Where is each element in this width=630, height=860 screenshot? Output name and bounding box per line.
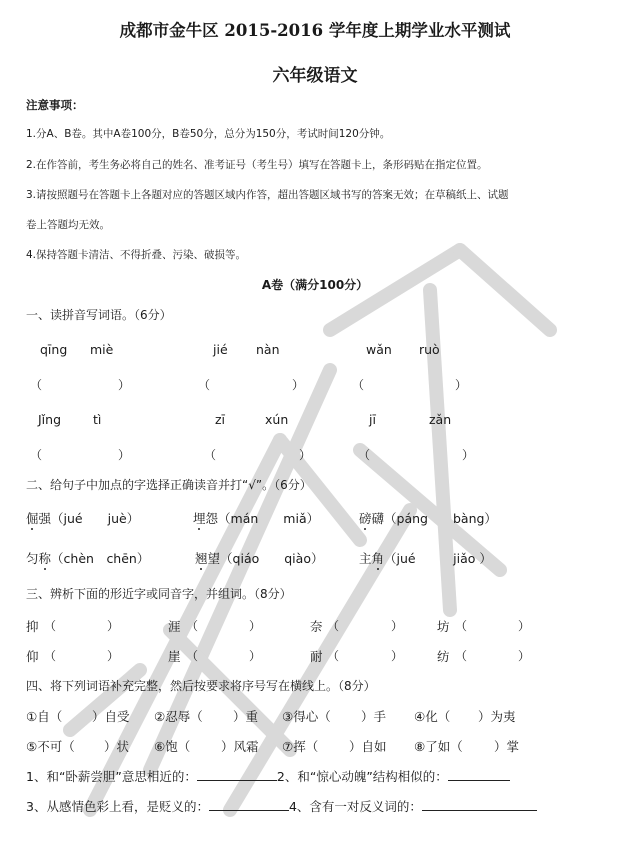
answer-blank-open: （ xyxy=(198,376,210,393)
dotted-char: 倔 xyxy=(26,509,39,527)
notice-item-3: 3.请按照题号在答题卡上各题对应的答题区域内作答，超出答题区域书写的答案无效；在… xyxy=(26,187,509,202)
idiom-item: ②忍辱（ xyxy=(154,707,203,725)
reading-choice: 匀称（chèn chēn） xyxy=(26,549,149,567)
answer-blank-open: （ xyxy=(358,446,370,463)
answer-blank-open: （ xyxy=(204,446,216,463)
idiom-item: ⑧了如（ xyxy=(414,737,463,755)
idiom-item: ③得心（ xyxy=(282,707,331,725)
notice-item-2: 2.在作答前，考生务必将自己的姓名、准考证号（考生号）填写在答题卡上，条形码贴在… xyxy=(26,157,488,172)
char-item: 奈 xyxy=(310,617,323,635)
reading-choice: 倔强（jué juè） xyxy=(26,509,139,527)
pinyin: wǎn xyxy=(366,342,392,357)
q4-sub-1: 1、和“卧薪尝胆”意思相近的：2、和“惊心动魄”结构相似的： xyxy=(26,767,510,785)
char-item: 涯 xyxy=(168,617,181,635)
answer-blank-close: ） xyxy=(455,376,467,393)
answer-line[interactable] xyxy=(422,798,537,811)
idiom-item: ⑤不可（ xyxy=(26,737,75,755)
q4-title: 四、将下列词语补充完整，然后按要求将序号写在横线上。（8分） xyxy=(26,677,376,694)
answer-blank-open: （ xyxy=(352,376,364,393)
answer-blank-open: （ xyxy=(44,617,56,634)
idiom-item: ⑥饱（ xyxy=(154,737,190,755)
pinyin: zī xyxy=(215,412,225,427)
pinyin: ruò xyxy=(419,342,440,357)
document-title: 成都市金牛区 2015-2016 学年度上期学业水平测试 xyxy=(0,17,630,41)
pinyin: xún xyxy=(265,412,288,427)
pinyin: qīng xyxy=(40,342,67,357)
answer-line[interactable] xyxy=(209,798,289,811)
answer-line[interactable] xyxy=(448,768,510,781)
char-item: 坊 xyxy=(437,617,450,635)
notice-heading: 注意事项： xyxy=(26,97,84,113)
answer-blank-close: ） xyxy=(107,617,119,634)
dotted-char: 角 xyxy=(372,549,385,567)
answer-blank-close: ） xyxy=(391,647,403,664)
dotted-char: 称 xyxy=(39,549,52,567)
pinyin: Jǐng xyxy=(38,412,61,427)
reading-choice: 主角（jué jiǎo ） xyxy=(359,549,492,567)
answer-blank-open: （ xyxy=(30,376,42,393)
document-subtitle: 六年级语文 xyxy=(0,61,630,86)
answer-blank-open: （ xyxy=(44,647,56,664)
char-item: 耐 xyxy=(310,647,323,665)
answer-blank-close: ） xyxy=(518,647,530,664)
answer-blank-close: ） xyxy=(518,617,530,634)
answer-blank-open: （ xyxy=(327,617,339,634)
reading-choice: 磅礴（páng bàng） xyxy=(359,509,497,527)
answer-blank-open: （ xyxy=(30,446,42,463)
q4-sub-3: 3、从感情色彩上看，是贬义的：4、含有一对反义词的： xyxy=(26,797,537,815)
section-a-title: A卷（满分100分） xyxy=(0,276,630,293)
idiom-item: ⑦挥（ xyxy=(282,737,318,755)
pinyin: jī xyxy=(369,412,376,427)
notice-item-3-cont: 卷上答题均无效。 xyxy=(26,217,110,232)
dotted-char: 翘 xyxy=(195,549,208,567)
pinyin: jié xyxy=(213,342,228,357)
answer-blank-open: （ xyxy=(455,617,467,634)
q2-title: 二、给句子中加点的字选择正确读音并打“√”。（6分） xyxy=(26,476,312,493)
answer-line[interactable] xyxy=(197,768,277,781)
notice-item-4: 4.保持答题卡清洁、不得折叠、污染、破损等。 xyxy=(26,247,246,262)
answer-blank-close: ） xyxy=(249,617,261,634)
dotted-char: 埋 xyxy=(193,509,206,527)
q1-title: 一、读拼音写词语。（6分） xyxy=(26,306,172,323)
pinyin: zǎn xyxy=(429,412,451,427)
pinyin: tì xyxy=(93,412,101,427)
answer-blank-open: （ xyxy=(327,647,339,664)
answer-blank-close: ） xyxy=(118,446,130,463)
q3-title: 三、辨析下面的形近字或同音字，并组词。（8分） xyxy=(26,585,292,602)
answer-blank-close: ） xyxy=(292,376,304,393)
pinyin: miè xyxy=(90,342,113,357)
answer-blank-open: （ xyxy=(455,647,467,664)
reading-choice: 埋怨（mán miǎ） xyxy=(193,509,319,527)
char-item: 崖 xyxy=(168,647,181,665)
answer-blank-close: ） xyxy=(391,617,403,634)
answer-blank-open: （ xyxy=(186,647,198,664)
char-item: 抑 xyxy=(26,617,39,635)
answer-blank-close: ） xyxy=(299,446,311,463)
reading-choice: 翘望（qiáo qiào） xyxy=(195,549,323,567)
notice-item-1: 1.分A、B卷。其中A卷100分，B卷50分，总分为150分，考试时间120分钟… xyxy=(26,126,390,141)
answer-blank-close: ） xyxy=(107,647,119,664)
answer-blank-close: ） xyxy=(118,376,130,393)
answer-blank-close: ） xyxy=(462,446,474,463)
idiom-item: ①自（ xyxy=(26,707,62,725)
char-item: 仰 xyxy=(26,647,39,665)
answer-blank-close: ） xyxy=(249,647,261,664)
pinyin: nàn xyxy=(256,342,280,357)
dotted-char: 磅 xyxy=(359,509,372,527)
answer-blank-open: （ xyxy=(186,617,198,634)
char-item: 纺 xyxy=(437,647,450,665)
idiom-item: ④化（ xyxy=(414,707,450,725)
